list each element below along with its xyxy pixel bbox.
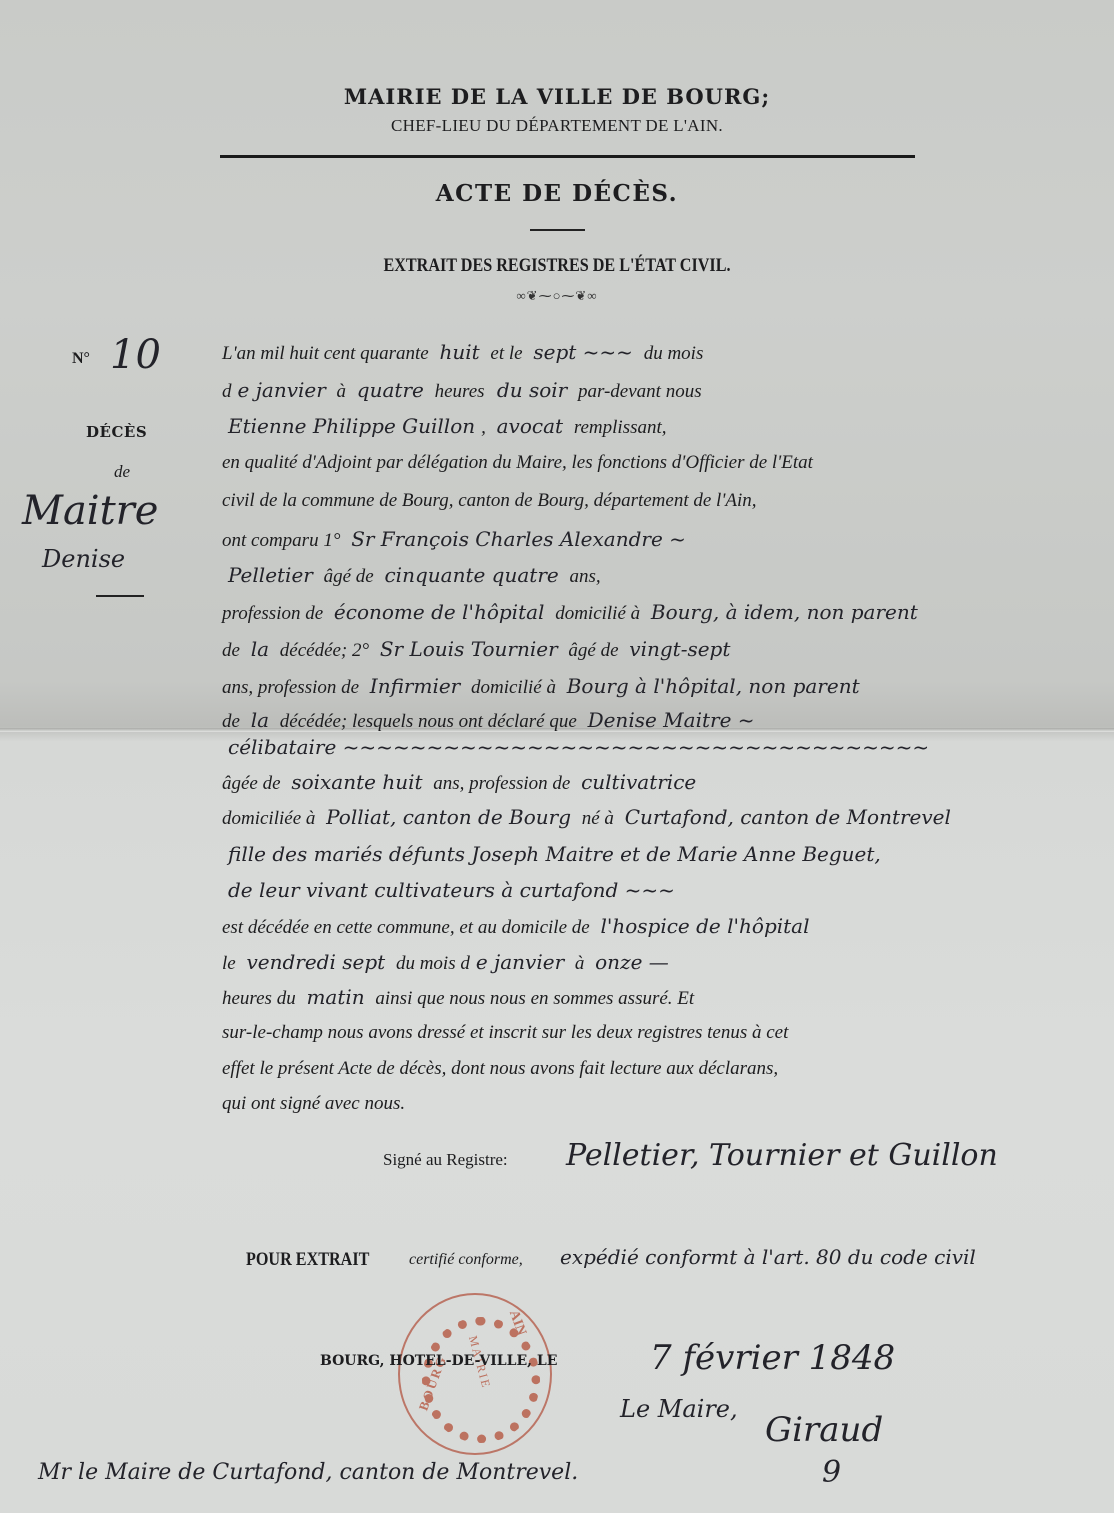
printed-text: décédée; 2° [275,640,374,661]
printed-text: effet le présent Acte de décès, dont nou… [222,1058,778,1079]
body-line: le vendredi sept du mois de janvier à on… [222,950,675,975]
document-title: ACTE DE DÉCÈS. [0,180,1114,207]
mairie-stamp: AIN BOURG MAIRIE [398,1293,552,1455]
header-rule [220,155,915,158]
printed-text: âgé de [564,640,624,661]
extract-note: expédié conformt à l'art. 80 du code civ… [560,1245,976,1269]
handwritten-entry: la [251,708,269,732]
body-line: Etienne Philippe Guillon, avocat remplis… [222,414,667,439]
printed-text: âgée de [222,773,285,794]
printed-text: le [222,953,240,974]
register-signatures: Pelletier, Tournier et Guillon [566,1138,998,1173]
body-line: sur-le-champ nous avons dressé et inscri… [222,1022,788,1044]
title-rule [530,229,585,231]
printed-text: en qualité d'Adjoint par délégation du M… [222,452,813,473]
body-line: fille des mariés défunts Joseph Maitre e… [222,842,887,866]
handwritten-entry: Curtafond, canton de Montrevel [625,805,951,829]
body-line: qui ont signé avec nous. [222,1093,405,1115]
record-number-label: N° [72,350,90,368]
printed-text: d [222,381,232,402]
printed-text: à [332,381,351,402]
body-line: célibataire ~~~~~~~~~~~~~~~~~~~~~~~~~~~~… [222,735,935,759]
body-line: effet le présent Acte de décès, dont nou… [222,1058,778,1080]
body-line: ont comparu 1° Sr François Charles Alexa… [222,527,692,552]
handwritten-entry: Polliat, canton de Bourg [326,805,571,829]
printed-text: de [222,640,245,661]
printed-text: L'an mil huit cent quarante [222,343,433,364]
handwritten-entry: cinquante quatre [384,563,558,587]
body-line: en qualité d'Adjoint par délégation du M… [222,452,813,474]
body-line: Pelletier âgé de cinquante quatre ans, [222,563,601,588]
body-line: ans, profession de Infirmier domicilié à… [222,674,866,699]
printed-text: à [570,953,589,974]
printed-text: est décédée en cette commune, et au domi… [222,917,594,938]
printed-text: ainsi que nous nous en sommes assuré. Et [371,988,695,1009]
deceased-firstname: Denise [42,545,125,573]
handwritten-entry: vingt-sept [629,637,730,661]
handwritten-entry: e janvier [476,950,564,974]
handwritten-entry: Denise Maitre ~ [588,708,755,732]
printed-text: par-devant nous [573,381,701,402]
handwritten-entry: Sr François Charles Alexandre ~ [351,527,686,551]
handwritten-entry: Bourg à l'hôpital, non parent [567,674,860,698]
record-number: 10 [110,332,161,378]
ornament-icon: ∞❦⁓○⁓❦∞ [0,288,1114,304]
handwritten-entry: soixante huit [291,770,422,794]
body-line: profession de économe de l'hôpital domic… [222,600,924,625]
handwritten-entry: huit [439,340,479,364]
printed-text: du mois [639,343,703,364]
printed-text: civil de la commune de Bourg, canton de … [222,490,757,511]
printed-text: remplissant, [569,417,666,438]
deces-label: DÉCÈS [86,423,147,441]
body-line: heures du matin ainsi que nous nous en s… [222,985,694,1010]
handwritten-entry: Infirmier [370,674,460,698]
printed-text: domiciliée à [222,808,320,829]
handwritten-entry: e janvier [238,378,326,402]
printed-text: qui ont signé avec nous. [222,1093,405,1114]
handwritten-entry: avocat [497,414,563,438]
handwritten-entry: célibataire ~~~~~~~~~~~~~~~~~~~~~~~~~~~~… [228,735,929,759]
addressee: Mr le Maire de Curtafond, canton de Mont… [38,1460,578,1485]
body-line: âgée de soixante huit ans, profession de… [222,770,702,795]
sidebar-rule [96,595,144,597]
mayor-label: Le Maire, [620,1395,738,1423]
body-line: de la décédée; lesquels nous ont déclaré… [222,708,761,733]
handwritten-entry: l'hospice de l'hôpital [600,914,809,938]
handwritten-entry: Sr Louis Tournier [380,637,558,661]
header-mairie: MAIRIE DE LA VILLE DE BOURG; [0,84,1114,109]
handwritten-entry: quatre [357,378,424,402]
printed-text: du mois d [391,953,470,974]
body-line: de la décédée; 2° Sr Louis Tournier âgé … [222,637,736,662]
issue-date: 7 février 1848 [650,1338,895,1378]
printed-text: ans, [565,566,601,587]
handwritten-entry: fille des mariés défunts Joseph Maitre e… [228,842,881,866]
mayor-signature: Giraud [765,1410,883,1450]
signature-flourish: 9 [822,1455,841,1490]
printed-text: profession de [222,603,328,624]
printed-text: sur-le-champ nous avons dressé et inscri… [222,1022,788,1043]
signed-label: Signé au Registre: [383,1150,508,1170]
printed-text: né à [577,808,619,829]
printed-text: domicilié à [466,677,560,698]
body-line: est décédée en cette commune, et au domi… [222,914,816,939]
document-subtitle: EXTRAIT DES REGISTRES DE L'ÉTAT CIVIL. [84,255,1031,277]
body-line: domiciliée à Polliat, canton de Bourg né… [222,805,957,830]
printed-text: décédée; lesquels nous ont déclaré que [275,711,582,732]
printed-text: heures [430,381,485,402]
handwritten-entry: cultivatrice [581,770,696,794]
place-label: BOURG, HOTEL-DE-VILLE, LE [320,1353,557,1369]
de-label: de [114,462,130,482]
printed-text: domicilié à [550,603,644,624]
handwritten-entry: sept ~~~ [533,340,633,364]
handwritten-entry: du soir [491,378,568,402]
certifie-label: certifié conforme, [409,1251,523,1269]
deceased-surname: Maitre [22,488,158,534]
header-chef-lieu: CHEF-LIEU DU DÉPARTEMENT DE L'AIN. [0,116,1114,136]
body-line: de leur vivant cultivateurs à curtafond … [222,878,681,902]
printed-text: âgé de [319,566,379,587]
printed-text: ans, profession de [429,773,576,794]
printed-text: et le [486,343,528,364]
printed-text: de [222,711,245,732]
body-line: L'an mil huit cent quarante huit et le s… [222,340,703,365]
handwritten-entry: Pelletier [228,563,313,587]
printed-text: , [481,417,491,438]
pour-extrait-label: POUR EXTRAIT [246,1249,369,1271]
printed-text: ont comparu 1° [222,530,345,551]
handwritten-entry: Bourg, à idem, non parent [651,600,918,624]
body-line: civil de la commune de Bourg, canton de … [222,490,757,512]
handwritten-entry: la [251,637,269,661]
handwritten-entry: de leur vivant cultivateurs à curtafond … [228,878,675,902]
handwritten-entry: onze — [595,950,669,974]
printed-text: heures du [222,988,300,1009]
handwritten-entry: Etienne Philippe Guillon [228,414,475,438]
body-line: de janvier à quatre heures du soir par-d… [222,378,702,403]
handwritten-entry: matin [306,985,364,1009]
printed-text: ans, profession de [222,677,364,698]
handwritten-entry: vendredi sept [246,950,385,974]
handwritten-entry: économe de l'hôpital [334,600,545,624]
